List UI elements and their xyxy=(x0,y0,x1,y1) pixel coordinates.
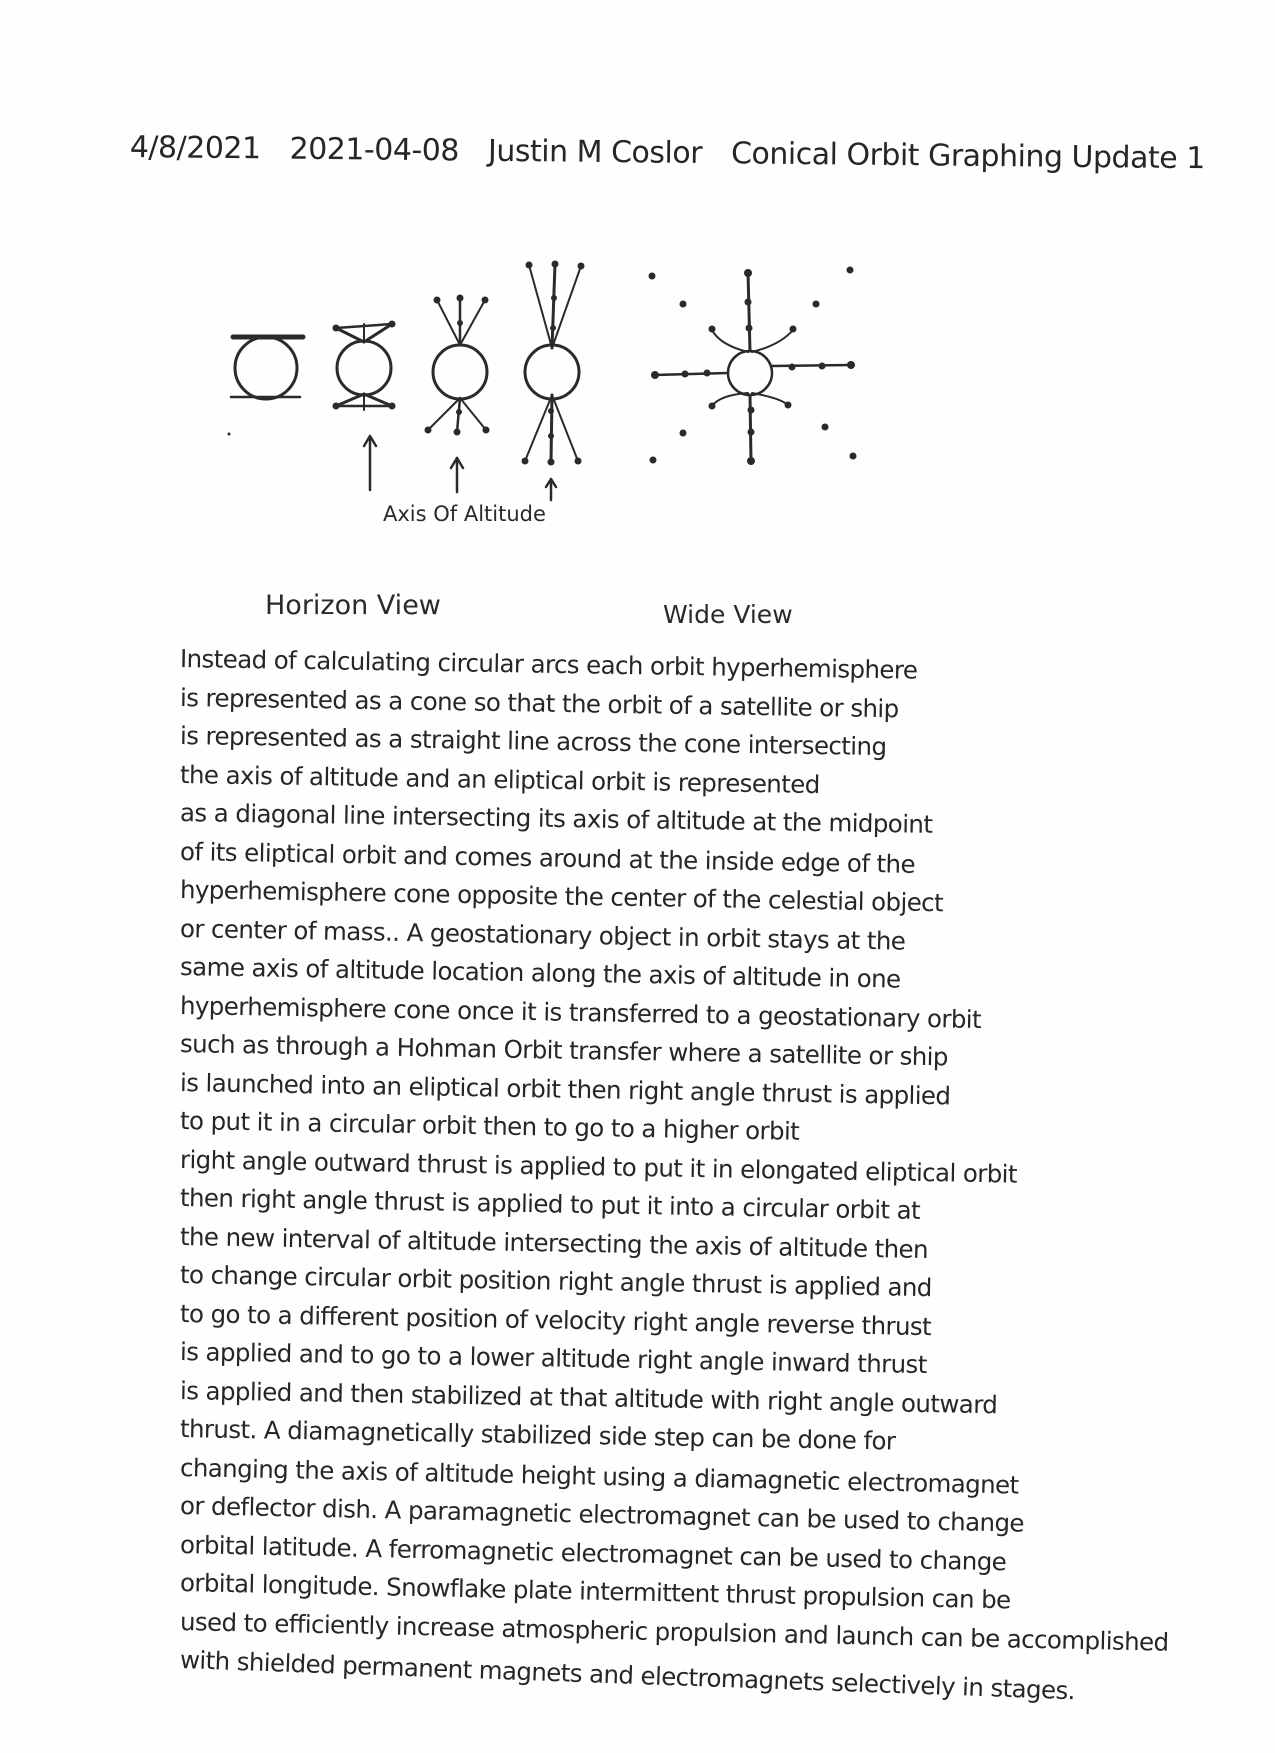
wide-view-label: Wide View xyxy=(663,600,793,629)
orbit-diagrams xyxy=(0,0,1275,560)
sphere-flat-horizon-figure xyxy=(231,337,303,399)
handwritten-body: Instead of calculating circular arcs eac… xyxy=(180,640,1140,1680)
paper-page: 4/8/2021 2021-04-08 Justin M Coslor Coni… xyxy=(0,0,1275,1753)
sphere-medium-cone-figure xyxy=(428,298,487,492)
axis-of-altitude-label: Axis Of Altitude xyxy=(383,502,546,526)
horizon-view-label: Horizon View xyxy=(265,590,441,621)
sphere-narrow-cone-figure xyxy=(336,324,392,490)
